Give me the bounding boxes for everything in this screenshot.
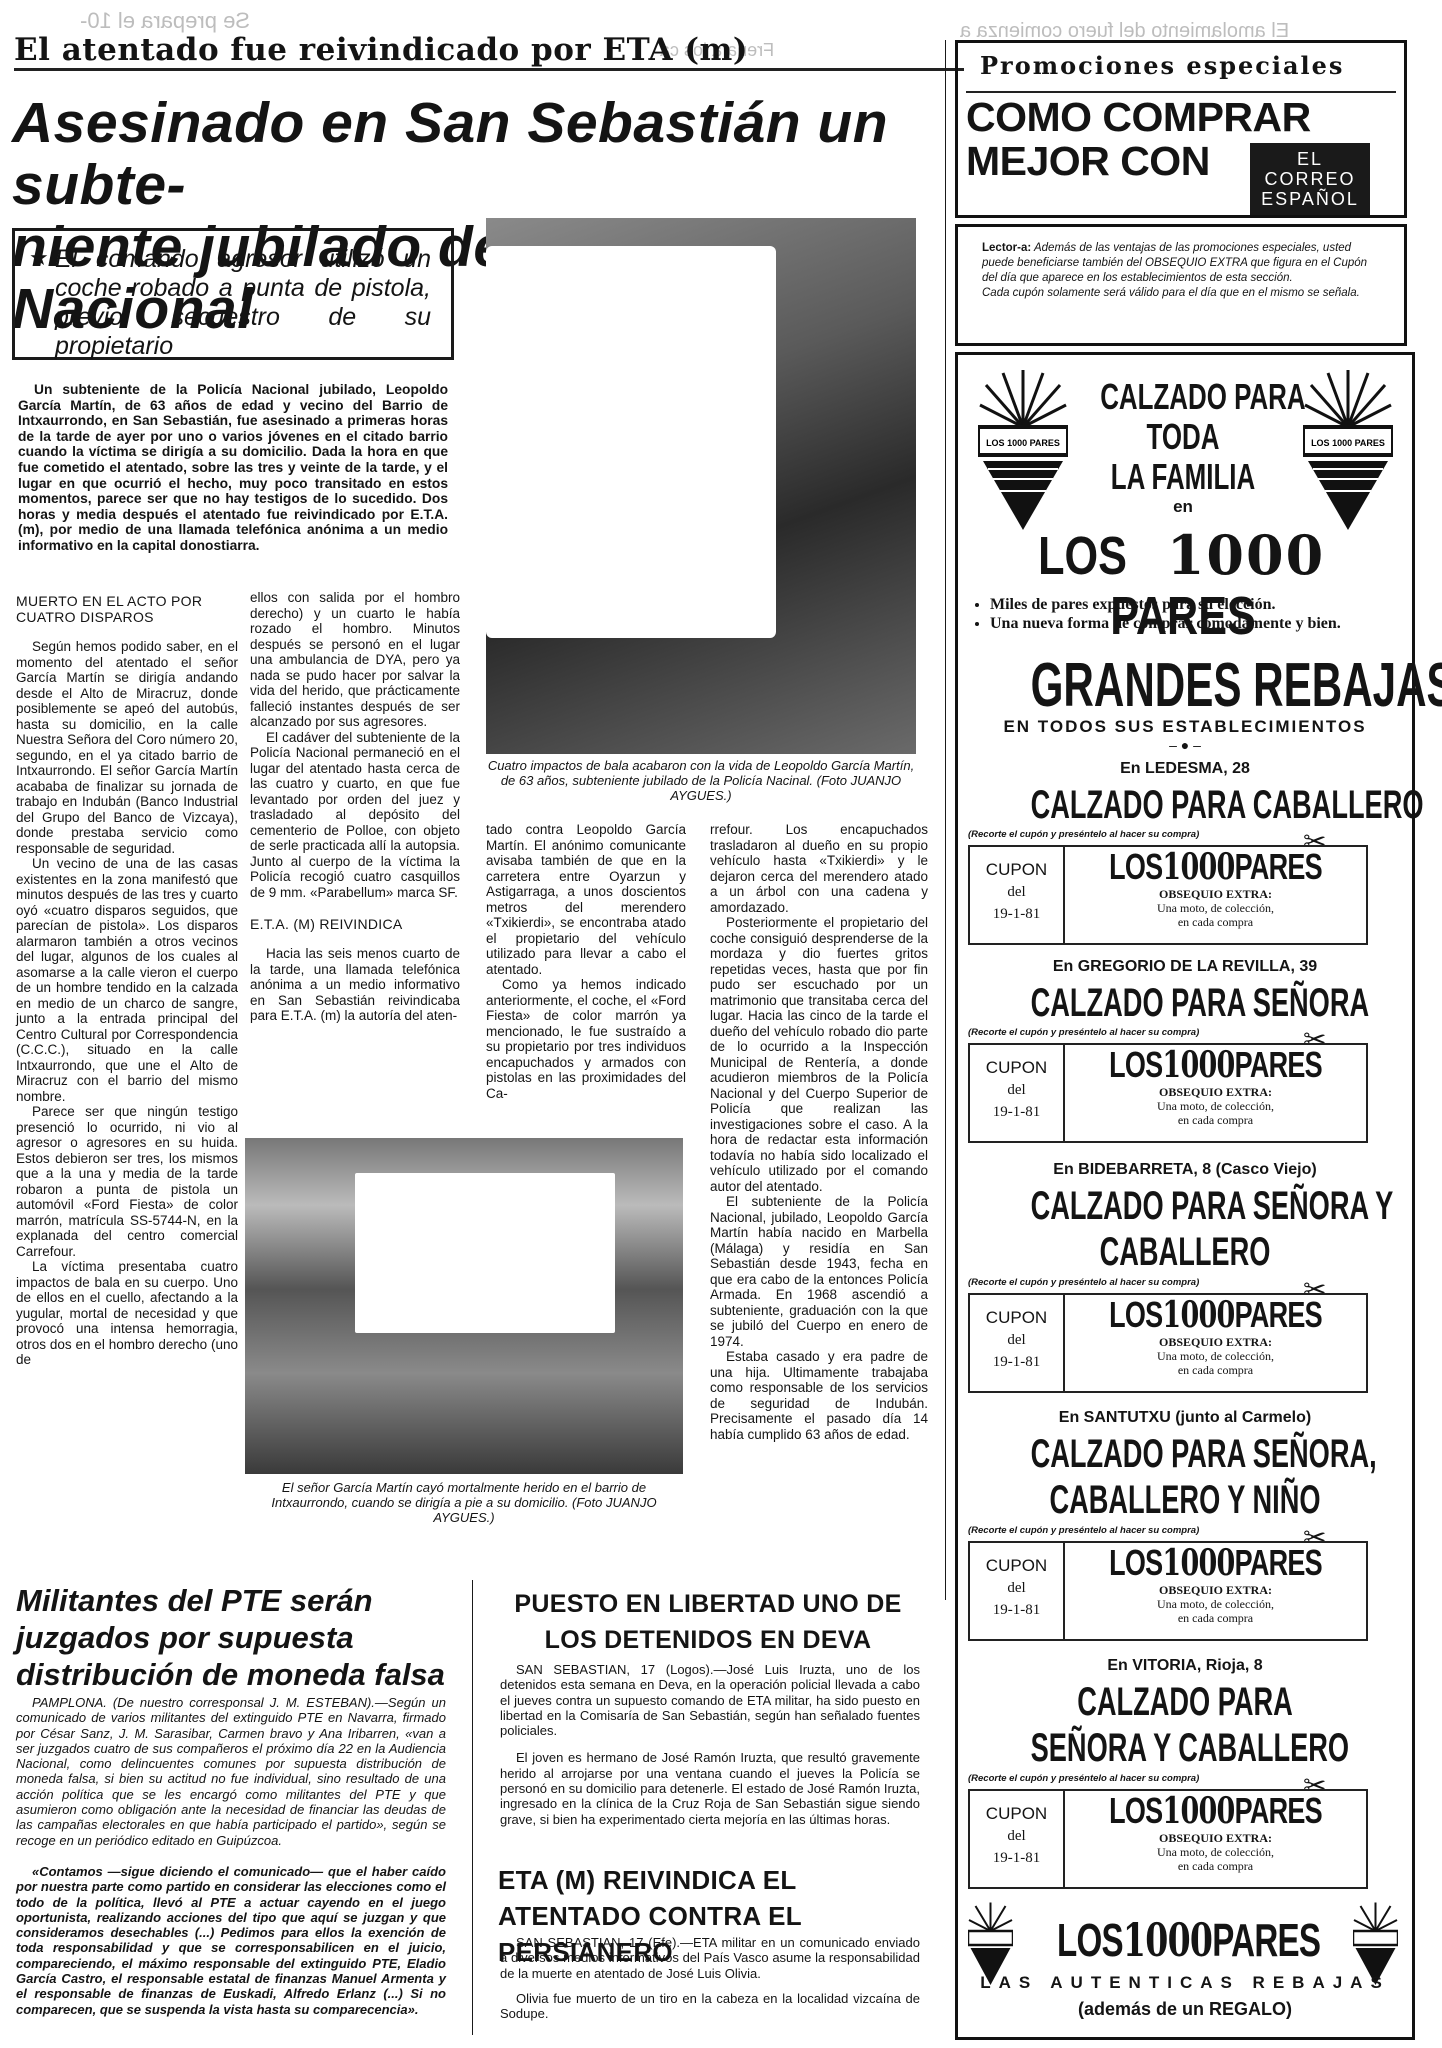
store-title-line: CABALLERO Y NIÑO xyxy=(1031,1477,1340,1523)
store-address: En BIDEBARRETA, 8 (Casco Viejo) xyxy=(958,1161,1412,1179)
article-column-4: rrefour. Los encapuchados trasladaron al… xyxy=(710,822,928,1442)
recorte-note: (Recorte el cupón y preséntelo al hacer … xyxy=(968,1027,1199,1038)
paragraph: Según hemos podido saber, en el momento … xyxy=(16,639,238,856)
redacted-area xyxy=(355,1173,615,1333)
paragraph: «Contamos —sigue diciendo el comunicado—… xyxy=(16,1864,446,2017)
coupon[interactable]: CUPONdel19-1-81 LOS1000PARESOBSEQUIO EXT… xyxy=(968,1789,1368,1889)
note-label: Lector-a: xyxy=(982,242,1031,254)
photo1-caption: Cuatro impactos de bala acabaron con la … xyxy=(486,758,916,803)
brand-1000: 1000 xyxy=(1123,1913,1212,1967)
divider xyxy=(966,91,1396,93)
coupon-gift: Una moto, de colección, xyxy=(1065,1597,1366,1611)
coupon-obsequio: OBSEQUIO EXTRA: xyxy=(1065,887,1366,901)
note-text-2: Cada cupón solamente será válido para el… xyxy=(982,287,1360,299)
coupon-obsequio: OBSEQUIO EXTRA: xyxy=(1065,1831,1366,1845)
coupon-label: CUPON xyxy=(970,1307,1063,1329)
pte-headline: Militantes del PTE serán juzgados por su… xyxy=(16,1582,456,1693)
deva-body: SAN SEBASTIAN, 17 (Logos).—José Luis Iru… xyxy=(500,1662,920,1827)
paragraph: Hacia las seis menos cuarto de la tarde,… xyxy=(250,946,460,1024)
coupon-date: 19-1-81 xyxy=(970,903,1063,925)
paragraph: El subteniente de la Policía Nacional, j… xyxy=(710,1194,928,1349)
paper-name-1: EL CORREO xyxy=(1256,149,1364,189)
recorte-note: (Recorte el cupón y preséntelo al hacer … xyxy=(968,1277,1199,1288)
photo2-caption: El señor García Martín cayó mortalmente … xyxy=(245,1480,683,1525)
store-address: En LEDESMA, 28 xyxy=(958,760,1412,778)
headline-line-1: Asesinado en San Sebastián un subte- xyxy=(12,92,942,216)
store-address: En SANTUTXU (junto al Carmelo) xyxy=(958,1409,1412,1427)
coupon-gift: en cada compra xyxy=(1065,1611,1366,1625)
coupon-label: CUPON xyxy=(970,1803,1063,1825)
paragraph: El joven es hermano de José Ramón Iruzta… xyxy=(500,1750,920,1826)
brand-los: LOS xyxy=(1057,1914,1123,1966)
footer-gift: (además de un REGALO) xyxy=(958,1999,1412,2020)
slogan-line: en xyxy=(1068,497,1298,517)
coupon-brand: LOS1000PARES xyxy=(1103,1543,1329,1583)
paper-name-2: ESPAÑOL xyxy=(1256,189,1364,209)
recorte-note: (Recorte el cupón y preséntelo al hacer … xyxy=(968,829,1199,840)
coupon-date: 19-1-81 xyxy=(970,1599,1063,1621)
photo-scene xyxy=(245,1138,683,1474)
paragraph: La víctima presentaba cuatro impactos de… xyxy=(16,1259,238,1368)
svg-text:LOS 1000 PARES: LOS 1000 PARES xyxy=(1311,438,1385,448)
bullet-item: Una nueva forma de comprar cómodamente y… xyxy=(990,614,1410,633)
coupon-label: CUPON xyxy=(970,1057,1063,1079)
subhead-text: El comando agresor utilizó un coche roba… xyxy=(55,245,431,361)
coupon-gift: en cada compra xyxy=(1065,1859,1366,1873)
paragraph: rrefour. Los encapuchados trasladaron al… xyxy=(710,822,928,915)
paragraph: SAN SEBASTIAN, 17 (Logos).—José Luis Iru… xyxy=(500,1662,920,1738)
store-title: CALZADO PARA SEÑORA Y CABALLERO xyxy=(958,1183,1412,1275)
reader-note-box: Lector-a: Además de las ventajas de las … xyxy=(955,224,1407,346)
coupon-brand: LOS1000PARES xyxy=(1103,847,1329,887)
paragraph: Olivia fue muerto de un tiro en la cabez… xyxy=(500,1991,920,2022)
section-heading: MUERTO EN EL ACTO POR CUATRO DISPAROS xyxy=(16,593,238,625)
paragraph: Parece ser que ningún testigo presenció … xyxy=(16,1104,238,1259)
brand-los: LOS xyxy=(1038,526,1127,586)
sale-subtitle: EN TODOS SUS ESTABLECIMIENTOS xyxy=(958,717,1412,737)
store-title: CALZADO PARA CABALLERO xyxy=(1031,783,1340,827)
coupon-obsequio: OBSEQUIO EXTRA: xyxy=(1065,1085,1366,1099)
footer-brand: LOS1000PARES xyxy=(1008,1915,1358,1965)
promo-title: Promociones especiales xyxy=(980,51,1344,80)
coupon[interactable]: CUPONdel19-1-81 LOS1000PARESOBSEQUIO EXT… xyxy=(968,845,1368,945)
paragraph: El cadáver del subteniente de la Policía… xyxy=(250,730,460,901)
recorte-note: (Recorte el cupón y preséntelo al hacer … xyxy=(968,1525,1199,1536)
paragraph: Posteriormente el propietario del coche … xyxy=(710,915,928,1194)
coupon-gift: Una moto, de colección, xyxy=(1065,1845,1366,1859)
photo-victim xyxy=(486,218,916,754)
paragraph: tado contra Leopoldo García Martín. El a… xyxy=(486,822,686,977)
coupon-del: del xyxy=(970,1577,1063,1599)
kicker-text: El atentado fue reivindicado por ETA (m) xyxy=(14,32,748,68)
ad-top-slogan: CALZADO PARA TODA LA FAMILIA en xyxy=(1068,377,1298,517)
redacted-area xyxy=(486,246,776,638)
paragraph: Como ya hemos indicado anteriormente, el… xyxy=(486,977,686,1101)
footer-tagline: LAS AUTENTICAS REBAJAS xyxy=(958,1973,1412,1993)
coupon-obsequio: OBSEQUIO EXTRA: xyxy=(1065,1335,1366,1349)
column-rule xyxy=(945,40,946,1600)
coupon-label: CUPON xyxy=(970,859,1063,881)
section-heading: E.T.A. (M) REIVINDICA xyxy=(250,916,460,932)
el-correo-logo: EL CORREO ESPAÑOL xyxy=(1250,143,1370,215)
separator: – ● – xyxy=(958,737,1412,753)
store-title-line: SEÑORA Y CABALLERO xyxy=(1031,1725,1340,1771)
coupon[interactable]: CUPONdel19-1-81 LOS1000PARESOBSEQUIO EXT… xyxy=(968,1043,1368,1143)
coupon-del: del xyxy=(970,1079,1063,1101)
store-title-line: CALZADO PARA SEÑORA, xyxy=(1031,1431,1340,1477)
coupon-label: CUPON xyxy=(970,1555,1063,1577)
coupon-brand: LOS1000PARES xyxy=(1103,1791,1329,1831)
paragraph: PAMPLONA. (De nuestro corresponsal J. M.… xyxy=(16,1695,446,1848)
brand-1000: 1000 xyxy=(1167,523,1325,587)
paragraph: Un vecino de una de las casas existentes… xyxy=(16,856,238,1104)
star-icon: ★ xyxy=(29,245,49,271)
slogan-line: LA FAMILIA xyxy=(1100,457,1266,497)
promo-box: Promociones especiales COMO COMPRAR MEJO… xyxy=(955,40,1407,218)
sale-title: GRANDES REBAJAS xyxy=(1031,655,1340,717)
coupon-date: 19-1-81 xyxy=(970,1101,1063,1123)
coupon-date: 19-1-81 xyxy=(970,1847,1063,1869)
coupon-gift: en cada compra xyxy=(1065,915,1366,929)
paragraph: SAN SEBASTIAN, 17 (Efe).—ETA militar en … xyxy=(500,1935,920,1981)
coupon-del: del xyxy=(970,1825,1063,1847)
reader-note: Lector-a: Además de las ventajas de las … xyxy=(982,241,1380,301)
coupon-brand: LOS1000PARES xyxy=(1103,1045,1329,1085)
coupon-gift: Una moto, de colección, xyxy=(1065,1349,1366,1363)
slogan-line: TODA xyxy=(1100,417,1266,457)
coupon-del: del xyxy=(970,881,1063,903)
promo-big-line-1: COMO COMPRAR xyxy=(966,95,1311,139)
lead-paragraph: Un subteniente de la Policía Nacional ju… xyxy=(18,382,448,554)
note-text: Además de las ventajas de las promocione… xyxy=(982,242,1367,284)
coupon-obsequio: OBSEQUIO EXTRA: xyxy=(1065,1583,1366,1597)
article-column-3: tado contra Leopoldo García Martín. El a… xyxy=(486,822,686,1101)
store-title: CALZADO PARA SEÑORA xyxy=(1031,981,1340,1025)
coupon-date: 19-1-81 xyxy=(970,1351,1063,1373)
slogan-line: CALZADO PARA xyxy=(1100,377,1266,417)
svg-text:LOS 1000 PARES: LOS 1000 PARES xyxy=(986,438,1060,448)
article-column-2: ellos con salida por el hombro derecho) … xyxy=(250,590,460,1024)
coupon[interactable]: CUPONdel19-1-81 LOS1000PARESOBSEQUIO EXT… xyxy=(968,1293,1368,1393)
coupon-gift: Una moto, de colección, xyxy=(1065,901,1366,915)
coupon-gift: Una moto, de colección, xyxy=(1065,1099,1366,1113)
paragraph: ellos con salida por el hombro derecho) … xyxy=(250,590,460,730)
bullet-item: Miles de pares expuestos para su elecció… xyxy=(990,595,1410,614)
deva-headline: PUESTO EN LIBERTAD UNO DE LOS DETENIDOS … xyxy=(498,1586,918,1658)
coupon-brand: LOS1000PARES xyxy=(1103,1295,1329,1335)
shoe-store-ad: LOS 1000 PARES LOS 1000 PARES CALZADO PA… xyxy=(955,352,1415,2040)
paragraph: Estaba casado y era padre de una hija. U… xyxy=(710,1349,928,1442)
sale-block: GRANDES REBAJAS EN TODOS SUS ESTABLECIMI… xyxy=(958,655,1412,753)
store-title-line: CALZADO PARA xyxy=(1031,1679,1340,1725)
coupon[interactable]: CUPONdel19-1-81 LOS1000PARESOBSEQUIO EXT… xyxy=(968,1541,1368,1641)
pte-body: PAMPLONA. (De nuestro corresponsal J. M.… xyxy=(16,1695,446,2017)
store-title-line: CABALLERO xyxy=(1031,1229,1340,1275)
store-address: En VITORIA, Rioja, 8 xyxy=(958,1657,1412,1675)
store-address: En GREGORIO DE LA REVILLA, 39 xyxy=(958,958,1412,976)
store-title-line: CALZADO PARA SEÑORA Y xyxy=(1031,1183,1340,1229)
bleed-through-text: Se prepara el 10- xyxy=(80,8,250,34)
article-kicker: El atentado fue reivindicado por ETA (m) xyxy=(14,32,964,71)
subhead-box: ★ El comando agresor utilizó un coche ro… xyxy=(12,228,454,360)
ad-bullets: Miles de pares expuestos para su elecció… xyxy=(968,595,1410,633)
brand-pares: PARES xyxy=(1212,1914,1320,1966)
promo-big-line-2: MEJOR CON xyxy=(966,139,1210,183)
column-rule xyxy=(472,1580,473,2035)
store-title: CALZADO PARA SEÑORA, CABALLERO Y NIÑO xyxy=(958,1431,1412,1523)
coupon-gift: en cada compra xyxy=(1065,1113,1366,1127)
persianero-body: SAN SEBASTIAN, 17 (Efe).—ETA militar en … xyxy=(500,1935,920,2021)
article-column-1: MUERTO EN EL ACTO POR CUATRO DISPAROS Se… xyxy=(16,593,238,1368)
recorte-note: (Recorte el cupón y preséntelo al hacer … xyxy=(968,1773,1199,1784)
store-title: CALZADO PARA SEÑORA Y CABALLERO xyxy=(958,1679,1412,1771)
coupon-gift: en cada compra xyxy=(1065,1363,1366,1377)
coupon-del: del xyxy=(970,1329,1063,1351)
